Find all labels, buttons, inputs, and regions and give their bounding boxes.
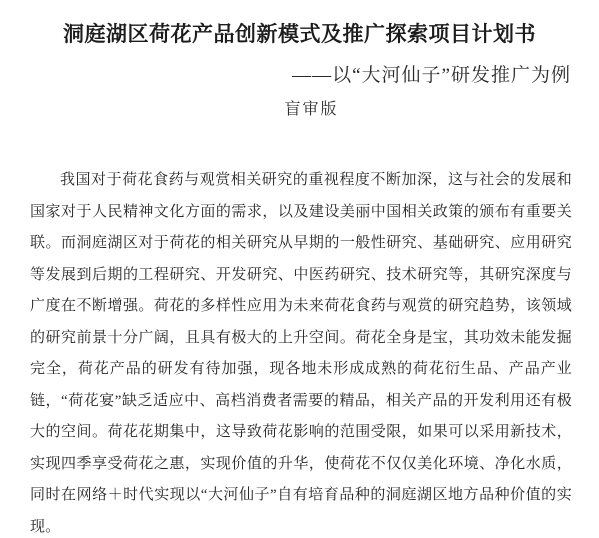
document-subtitle: ——以“大河仙子”研发推广为例 <box>0 63 599 88</box>
version-label: 盲审版 <box>0 100 599 120</box>
document-title: 洞庭湖区荷花产品创新模式及推广探索项目计划书 <box>14 21 585 48</box>
document-page: 洞庭湖区荷花产品创新模式及推广探索项目计划书 ——以“大河仙子”研发推广为例 盲… <box>0 0 599 538</box>
body-paragraph: 我国对于荷花食药与观赏相关研究的重视程度不断加深，这与社会的发展和国家对于人民精… <box>30 165 572 538</box>
